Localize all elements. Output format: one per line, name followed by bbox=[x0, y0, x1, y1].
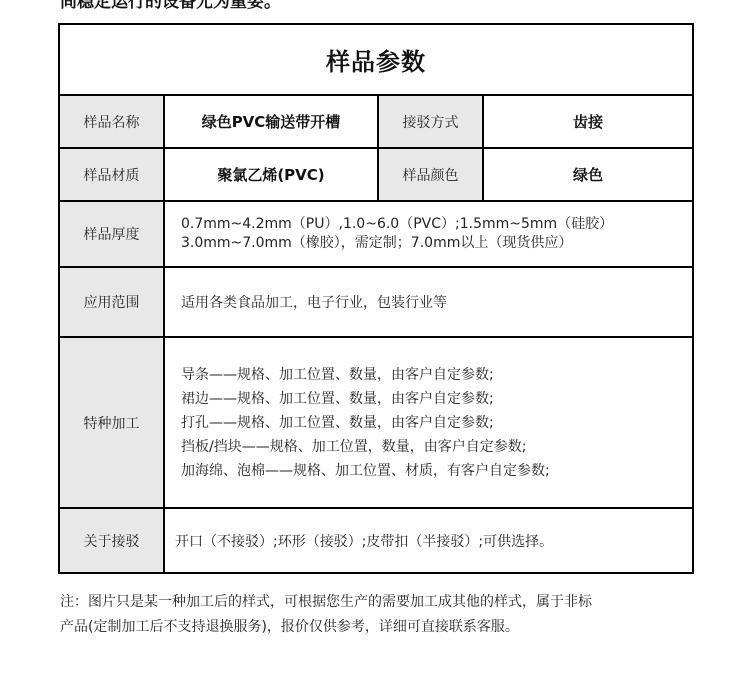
label-sample-color: 样品颜色 bbox=[378, 148, 483, 201]
processing-line: 导条——规格、加工位置、数量，由客户自定参数; bbox=[181, 363, 692, 387]
label-sample-material: 样品材质 bbox=[59, 148, 164, 201]
processing-line: 打孔——规格、加工位置、数量，由客户自定参数; bbox=[181, 411, 692, 435]
label-sample-thickness: 样品厚度 bbox=[59, 201, 164, 267]
value-sample-color: 绿色 bbox=[483, 148, 693, 201]
value-special-processing: 导条——规格、加工位置、数量，由客户自定参数; 裙边——规格、加工位置、数量，由… bbox=[164, 337, 693, 508]
footnote: 注：图片只是某一种加工后的样式，可根据您生产的需要加工成其他的样式，属于非标 产… bbox=[60, 590, 700, 640]
processing-line: 裙边——规格、加工位置、数量，由客户自定参数; bbox=[181, 387, 692, 411]
table-row-processing: 特种加工 导条——规格、加工位置、数量，由客户自定参数; 裙边——规格、加工位置… bbox=[59, 337, 693, 508]
label-joining-method: 接驳方式 bbox=[378, 95, 483, 148]
footnote-line: 注：图片只是某一种加工后的样式，可根据您生产的需要加工成其他的样式，属于非标 bbox=[60, 590, 700, 615]
value-sample-thickness: 0.7mm~4.2mm（PU）,1.0~6.0（PVC）;1.5mm~5mm（硅… bbox=[164, 201, 693, 267]
processing-line: 挡板/挡块——规格、加工位置，数量，由客户自定参数; bbox=[181, 435, 692, 459]
sample-parameters-table: 样品参数 样品名称 绿色PVC输送带开槽 接驳方式 齿接 样品材质 聚氯乙烯(P… bbox=[58, 23, 694, 574]
processing-line: 加海绵、泡棉——规格、加工位置、材质，有客户自定参数; bbox=[181, 459, 692, 483]
label-about-joining: 关于接驳 bbox=[59, 508, 164, 573]
label-application-scope: 应用范围 bbox=[59, 267, 164, 337]
table-row-joining: 关于接驳 开口（不接驳）;环形（接驳）;皮带扣（半接驳）;可供选择。 bbox=[59, 508, 693, 573]
footnote-line: 产品(定制加工后不支持退换服务)，报价仅供参考，详细可直接联系客服。 bbox=[60, 615, 700, 640]
intro-text: 间稳定运行的设备尤为重要。 bbox=[60, 0, 281, 13]
table-row-name: 样品名称 绿色PVC输送带开槽 接驳方式 齿接 bbox=[59, 95, 693, 148]
table-row-material: 样品材质 聚氯乙烯(PVC) 样品颜色 绿色 bbox=[59, 148, 693, 201]
label-sample-name: 样品名称 bbox=[59, 95, 164, 148]
value-joining-method: 齿接 bbox=[483, 95, 693, 148]
value-sample-material: 聚氯乙烯(PVC) bbox=[164, 148, 378, 201]
label-special-processing: 特种加工 bbox=[59, 337, 164, 508]
table-row-thickness: 样品厚度 0.7mm~4.2mm（PU）,1.0~6.0（PVC）;1.5mm~… bbox=[59, 201, 693, 267]
value-application-scope: 适用各类食品加工，电子行业，包装行业等 bbox=[164, 267, 693, 337]
table-row-application: 应用范围 适用各类食品加工，电子行业，包装行业等 bbox=[59, 267, 693, 337]
thickness-line: 0.7mm~4.2mm（PU）,1.0~6.0（PVC）;1.5mm~5mm（硅… bbox=[181, 215, 692, 234]
value-about-joining: 开口（不接驳）;环形（接驳）;皮带扣（半接驳）;可供选择。 bbox=[164, 508, 693, 573]
value-sample-name: 绿色PVC输送带开槽 bbox=[164, 95, 378, 148]
table-title: 样品参数 bbox=[59, 24, 693, 95]
thickness-line: 3.0mm~7.0mm（橡胶），需定制；7.0mm以上（现货供应） bbox=[181, 234, 692, 253]
